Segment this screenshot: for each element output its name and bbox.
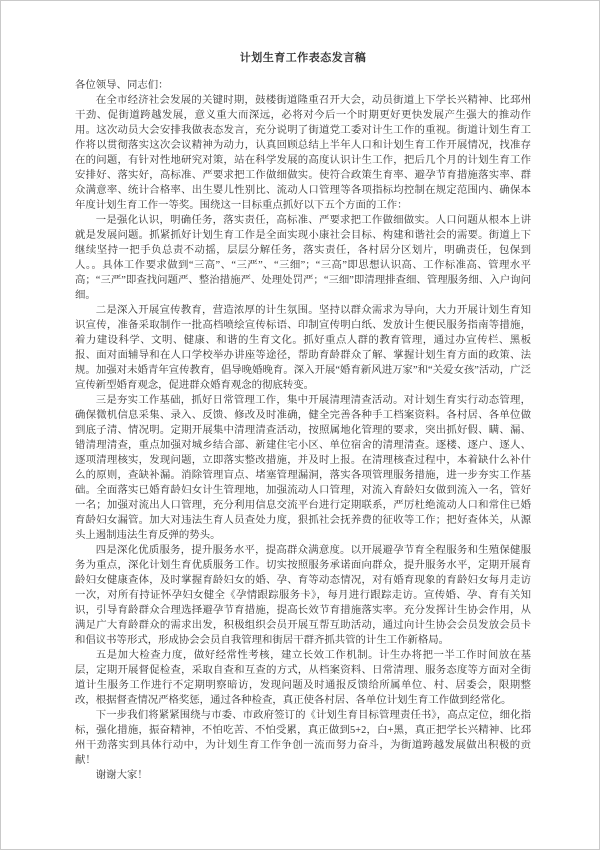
document-title: 计划生育工作表态发言稿 xyxy=(75,51,531,66)
paragraph-point-2: 二是深入开展宣传教育，营造浓厚的计生氛围。坚持以群众需求为导向，大力开展计划生育… xyxy=(75,303,531,393)
paragraph-intro: 在全市经济社会发展的关键时期，鼓楼街道隆重召开大会，动员街道上下学长兴精神、比邳… xyxy=(75,93,531,213)
salutation-line: 各位领导、同志们： xyxy=(75,78,531,93)
closing-line: 谢谢大家！ xyxy=(75,768,531,783)
paragraph-outlook: 下一步我们将紧紧围绕与市委、市政府签订的《计划生育目标管理责任书》，高点定位，细… xyxy=(75,708,531,768)
paragraph-point-5: 五是加大检查力度，做好经常性考核，建立长效工作机制。计生办将把一半工作时间放在基… xyxy=(75,648,531,708)
document-page: 计划生育工作表态发言稿 各位领导、同志们： 在全市经济社会发展的关键时期，鼓楼街… xyxy=(0,0,600,850)
paragraph-point-1: 一是强化认识，明确任务，落实责任，高标准、严要求把工作做细做实。人口问题从根本上… xyxy=(75,213,531,303)
paragraph-point-3: 三是夯实工作基础，抓好日常管理工作，集中开展清理清查活动。对计划生育实行动态管理… xyxy=(75,393,531,543)
paragraph-point-4: 四是深化优质服务，提升服务水平，提高群众满意度。以开展避孕节育全程服务和生殖保健… xyxy=(75,543,531,648)
